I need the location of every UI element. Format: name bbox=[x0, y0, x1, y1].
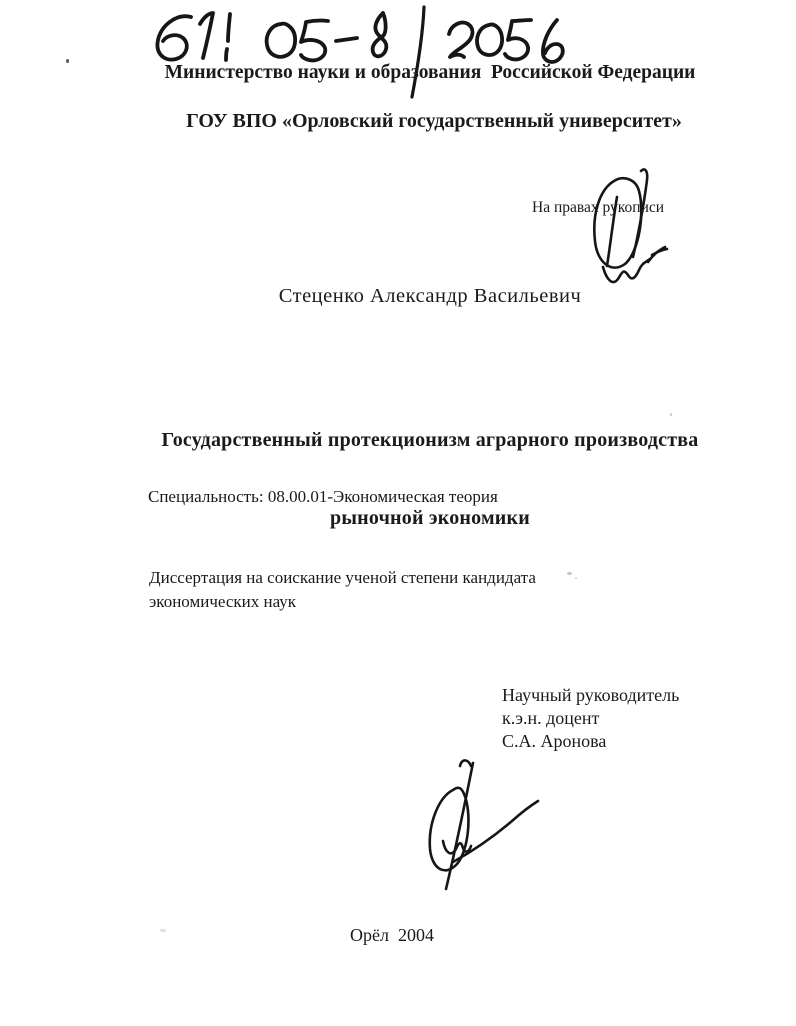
supervisor-role: Научный руководитель bbox=[502, 684, 679, 707]
dissertation-statement-line2: экономических наук bbox=[149, 590, 536, 614]
dissertation-title-page: Министерство науки и образования Российс… bbox=[0, 0, 796, 1026]
scan-speck bbox=[670, 413, 672, 416]
scan-speck bbox=[160, 929, 166, 932]
dissertation-statement: Диссертация на соискание ученой степени … bbox=[149, 566, 536, 613]
supervisor-block: Научный руководитель к.э.н. доцент С.А. … bbox=[502, 684, 679, 753]
supervisor-signature bbox=[418, 753, 543, 893]
supervisor-name: С.А. Аронова bbox=[502, 730, 679, 753]
specialty-line: Специальность: 08.00.01-Экономическая те… bbox=[148, 487, 498, 507]
thesis-title: Государственный протекционизм аграрного … bbox=[162, 375, 699, 583]
city-year-line: Орёл 2004 bbox=[350, 925, 434, 946]
author-signature bbox=[575, 163, 680, 308]
thesis-title-line2: рыночной экономики bbox=[162, 505, 699, 531]
thesis-title-line1: Государственный протекционизм аграрного … bbox=[162, 427, 699, 453]
author-name: Стеценко Александр Васильевич bbox=[279, 285, 582, 308]
supervisor-degree: к.э.н. доцент bbox=[502, 707, 679, 730]
scan-speck bbox=[567, 572, 572, 575]
scan-speck bbox=[66, 59, 69, 63]
ministry-line: Министерство науки и образования Российс… bbox=[165, 62, 696, 84]
dissertation-statement-line1: Диссертация на соискание ученой степени … bbox=[149, 566, 536, 590]
handwritten-catalog-number bbox=[0, 0, 796, 110]
scan-speck bbox=[575, 577, 577, 579]
university-line: ГОУ ВПО «Орловский государственный униве… bbox=[186, 110, 682, 133]
scan-speck bbox=[205, 434, 207, 437]
manuscript-rights-note: На правах рукописи bbox=[532, 199, 664, 217]
